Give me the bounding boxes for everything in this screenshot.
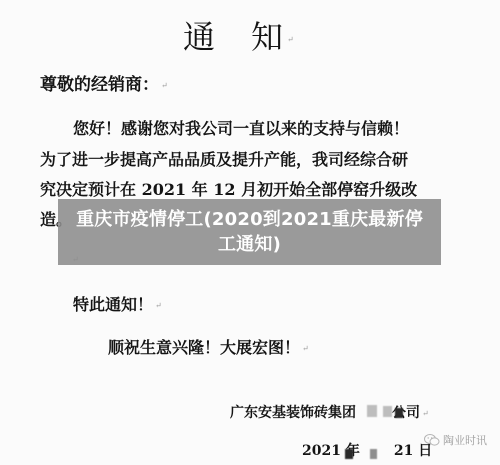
headline-overlay-text: 重庆市疫情停工(2020到2021重庆最新停工通知)	[75, 207, 425, 257]
title-char-2: 知	[251, 18, 285, 56]
wechat-icon	[424, 433, 440, 447]
paragraph-mark-icon: ↵	[155, 301, 162, 310]
redaction-block	[367, 405, 377, 417]
closing-line-2: 顺祝生意兴隆！大展宏图！↵	[108, 335, 309, 358]
paragraph-mark-icon: ↵	[302, 344, 309, 353]
body-line-3: 究决定预计在 2021 年 12 月初开始全部停窑升级改	[40, 177, 417, 200]
salutation-text: 尊敬的经销商：	[40, 75, 159, 95]
title-char-1: 通	[183, 18, 217, 56]
paragraph-mark-icon: ↵	[161, 81, 168, 90]
document-title: 通知↵	[183, 12, 296, 58]
company-prefix: 广东安基装饰砖集团	[230, 405, 356, 421]
redaction-block	[370, 449, 377, 459]
closing-text-2: 顺祝生意兴隆！大展宏图！	[108, 338, 300, 357]
closing-line-1: 特此通知！↵	[73, 292, 162, 315]
paragraph-mark-icon: ↵	[287, 35, 296, 44]
paragraph-mark-icon: ↵	[422, 409, 429, 418]
redaction-block	[345, 449, 353, 459]
redaction-block	[395, 408, 403, 418]
watermark-label: 陶业时讯	[443, 432, 487, 448]
body-line-1: 您好！感谢您对我公司一直以来的支持与信赖！	[73, 116, 409, 139]
redaction-block	[383, 406, 392, 417]
source-watermark: 陶业时讯	[424, 432, 487, 448]
headline-overlay-banner: 重庆市疫情停工(2020到2021重庆最新停工通知)	[58, 199, 441, 265]
salutation: 尊敬的经销商：↵	[40, 70, 168, 95]
signature-date: 2021 年21 日	[302, 440, 432, 460]
closing-text-1: 特此通知！	[73, 295, 153, 314]
body-line-2: 为了进一步提高产品品质及提升产能，我司经综合研	[40, 147, 408, 170]
